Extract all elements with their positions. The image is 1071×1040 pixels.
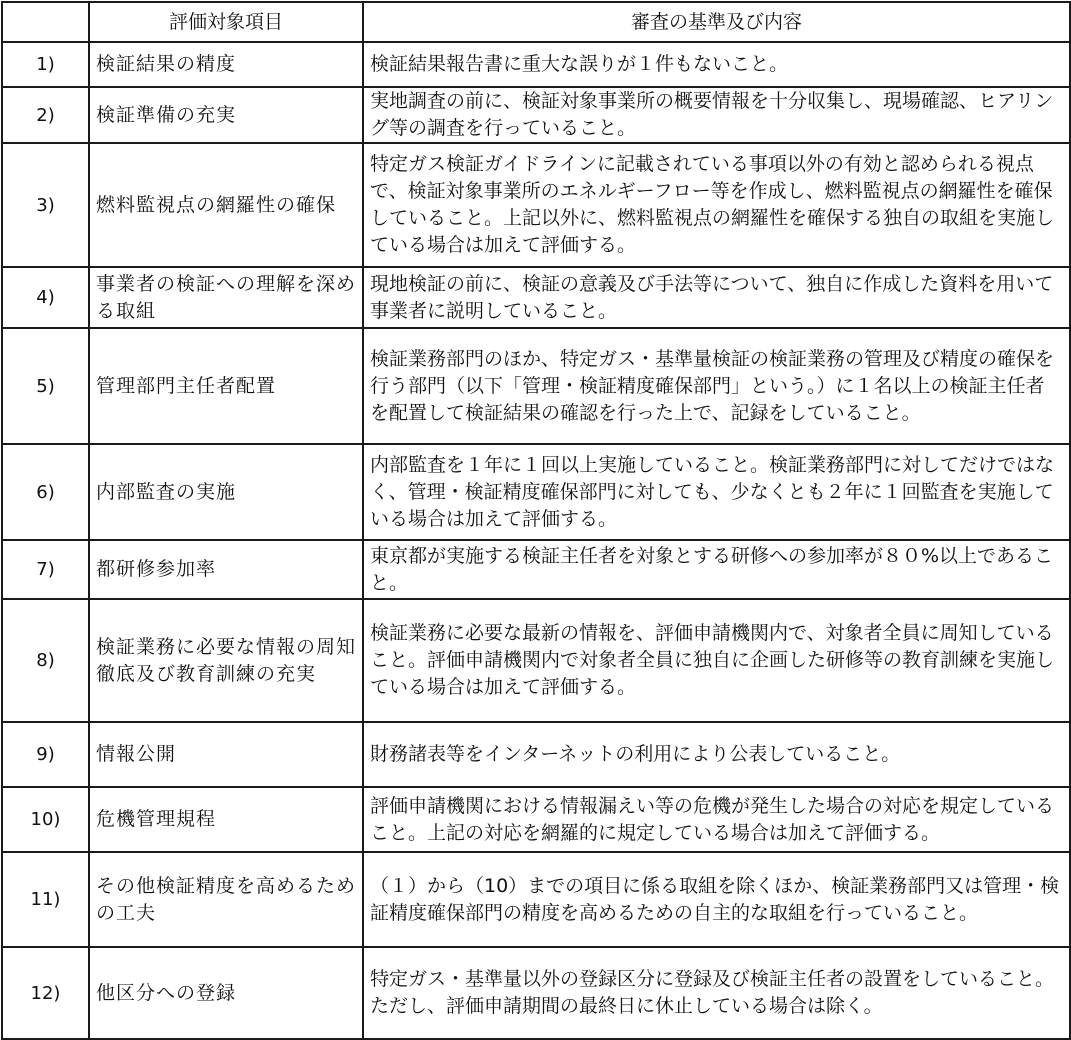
table-row: 8) 検証業務に必要な情報の周知徹底及び教育訓練の充実 検証業務に必要な最新の情… <box>2 599 1070 722</box>
table-header-row: 評価対象項目 審査の基準及び内容 <box>2 2 1070 42</box>
evaluation-item: 検証結果の精度 <box>89 42 363 87</box>
evaluation-item: 情報公開 <box>89 722 363 787</box>
table-row: 7) 都研修参加率 東京都が実施する検証主任者を対象とする研修への参加率が８０%… <box>2 540 1070 599</box>
evaluation-item: その他検証精度を高めるための工夫 <box>89 852 363 947</box>
header-criteria-content: 審査の基準及び内容 <box>363 2 1070 42</box>
criteria-content: 特定ガス・基準量以外の登録区分に登録及び検証主任者の設置をしていること。ただし、… <box>363 947 1070 1033</box>
criteria-content: （１）から（10）までの項目に係る取組を除くほか、検証業務部門又は管理・検証精度… <box>363 852 1070 947</box>
row-number: 4) <box>2 267 89 328</box>
row-number: 6) <box>2 444 89 540</box>
table-row: 10) 危機管理規程 評価申請機関における情報漏えい等の危機が発生した場合の対応… <box>2 787 1070 852</box>
evaluation-criteria-table: 評価対象項目 審査の基準及び内容 1) 検証結果の精度 検証結果報告書に重大な誤… <box>1 1 1071 1033</box>
row-number: 3) <box>2 143 89 267</box>
table-row: 12) 他区分への登録 特定ガス・基準量以外の登録区分に登録及び検証主任者の設置… <box>2 947 1070 1033</box>
evaluation-item: 燃料監視点の網羅性の確保 <box>89 143 363 267</box>
table-row: 11) その他検証精度を高めるための工夫 （１）から（10）までの項目に係る取組… <box>2 852 1070 947</box>
evaluation-item: 都研修参加率 <box>89 540 363 599</box>
row-number: 11) <box>2 852 89 947</box>
row-number: 10) <box>2 787 89 852</box>
criteria-content: 特定ガス検証ガイドラインに記載されている事項以外の有効と認められる視点で、検証対… <box>363 143 1070 267</box>
evaluation-item: 検証準備の充実 <box>89 87 363 143</box>
row-number: 1) <box>2 42 89 87</box>
evaluation-item: 管理部門主任者配置 <box>89 328 363 444</box>
row-number: 2) <box>2 87 89 143</box>
criteria-content: 評価申請機関における情報漏えい等の危機が発生した場合の対応を規定していること。上… <box>363 787 1070 852</box>
row-number: 5) <box>2 328 89 444</box>
table-row: 5) 管理部門主任者配置 検証業務部門のほか、特定ガス・基準量検証の検証業務の管… <box>2 328 1070 444</box>
evaluation-item: 事業者の検証への理解を深める取組 <box>89 267 363 328</box>
row-number: 7) <box>2 540 89 599</box>
evaluation-item: 検証業務に必要な情報の周知徹底及び教育訓練の充実 <box>89 599 363 722</box>
criteria-content: 検証業務部門のほか、特定ガス・基準量検証の検証業務の管理及び精度の確保を行う部門… <box>363 328 1070 444</box>
header-evaluation-item: 評価対象項目 <box>89 2 363 42</box>
criteria-content: 検証結果報告書に重大な誤りが１件もないこと。 <box>363 42 1070 87</box>
table-row: 3) 燃料監視点の網羅性の確保 特定ガス検証ガイドラインに記載されている事項以外… <box>2 143 1070 267</box>
criteria-content: 現地検証の前に、検証の意義及び手法等について、独自に作成した資料を用いて事業者に… <box>363 267 1070 328</box>
criteria-content: 東京都が実施する検証主任者を対象とする研修への参加率が８０%以上であること。 <box>363 540 1070 599</box>
header-number <box>2 2 89 42</box>
table-row: 6) 内部監査の実施 内部監査を１年に１回以上実施していること。検証業務部門に対… <box>2 444 1070 540</box>
criteria-content: 実地調査の前に、検証対象事業所の概要情報を十分収集し、現場確認、ヒアリング等の調… <box>363 87 1070 143</box>
table-row: 9) 情報公開 財務諸表等をインターネットの利用により公表していること。 <box>2 722 1070 787</box>
table-row: 2) 検証準備の充実 実地調査の前に、検証対象事業所の概要情報を十分収集し、現場… <box>2 87 1070 143</box>
criteria-content: 検証業務に必要な最新の情報を、評価申請機関内で、対象者全員に周知していること。評… <box>363 599 1070 722</box>
evaluation-item: 内部監査の実施 <box>89 444 363 540</box>
table-row: 1) 検証結果の精度 検証結果報告書に重大な誤りが１件もないこと。 <box>2 42 1070 87</box>
table-row: 4) 事業者の検証への理解を深める取組 現地検証の前に、検証の意義及び手法等につ… <box>2 267 1070 328</box>
row-number: 12) <box>2 947 89 1033</box>
criteria-content: 内部監査を１年に１回以上実施していること。検証業務部門に対してだけではなく、管理… <box>363 444 1070 540</box>
evaluation-item: 危機管理規程 <box>89 787 363 852</box>
evaluation-item: 他区分への登録 <box>89 947 363 1033</box>
criteria-content: 財務諸表等をインターネットの利用により公表していること。 <box>363 722 1070 787</box>
row-number: 9) <box>2 722 89 787</box>
row-number: 8) <box>2 599 89 722</box>
